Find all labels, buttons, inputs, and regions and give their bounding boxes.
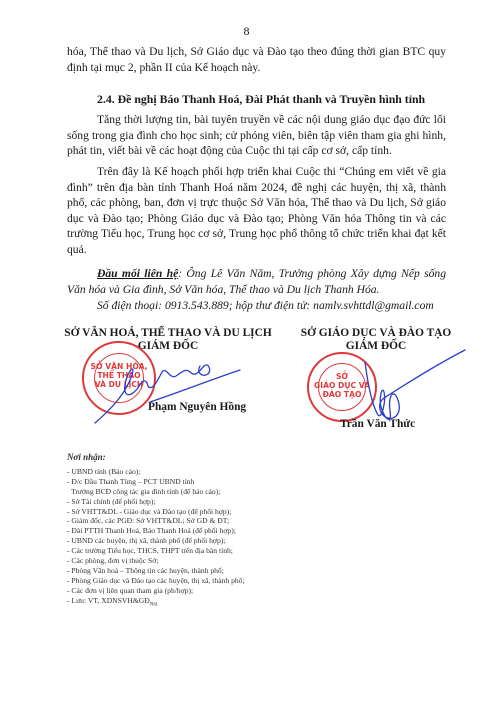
paragraph-media: Tăng thời lượng tin, bài tuyên truyền về… <box>67 112 446 159</box>
official-stamp-left: SỞ VĂN HÓA, THỂ THAO VÀ DU LỊCH <box>82 341 156 415</box>
continuation-paragraph: hóa, Thể thao và Du lịch, Sở Giáo dục và… <box>67 44 446 75</box>
stamp-text: ĐÀO TẠO <box>309 390 375 399</box>
recipient-item: - Các đơn vị liên quan tham gia (ph/hợp)… <box>67 586 245 596</box>
recipient-item: - Phòng Giáo dục và Đào tạo các huyện, t… <box>67 576 245 586</box>
recipients-list: Nơi nhận: - UBND tỉnh (Báo cáo); - Đ/c Đ… <box>67 453 245 610</box>
stamp-text: GIÁO DỤC VÀ <box>309 381 375 390</box>
recipient-item: - Phòng Văn hoá – Thông tin các huyện, t… <box>67 566 245 576</box>
paragraph-closing: Trên đây là Kế hoạch phối hợp triển khai… <box>67 164 446 257</box>
contact-paragraph: Đầu mối liên hệ: Ông Lê Văn Năm, Trưởng … <box>67 266 446 297</box>
recipient-item: - Các phòng, đơn vị thuộc Sở; <box>67 556 245 566</box>
stamp-text: THỂ THAO <box>84 371 154 380</box>
org-name-right: SỞ GIÁO DỤC VÀ ĐÀO TẠO <box>296 327 456 340</box>
recipient-item: - Đài PTTH Thanh Hoá, Báo Thanh Hoá (để … <box>67 526 245 536</box>
stamp-text: SỞ <box>309 372 375 381</box>
page-number: 8 <box>0 24 493 39</box>
signer-name-right: Trần Văn Thức <box>340 418 415 430</box>
recipient-item: - UBND tỉnh (Báo cáo); <box>67 467 245 477</box>
org-name-left: SỞ VĂN HOÁ, THỂ THAO VÀ DU LỊCH <box>63 327 273 340</box>
recipients-title: Nơi nhận: <box>67 453 245 463</box>
recipient-item: - Đ/c Đầu Thanh Tùng – PCT UBND tỉnh <box>67 477 245 487</box>
position-title-right: GIÁM ĐỐC <box>296 340 456 353</box>
contact-label: Đầu mối liên hệ <box>97 267 178 280</box>
recipient-item: Trưởng BCĐ công tác gia đình tỉnh (để bá… <box>67 487 245 497</box>
archive-label: - Lưu: VT, XDNSVH&GĐ <box>67 596 150 605</box>
official-stamp-right: SỞ GIÁO DỤC VÀ ĐÀO TẠO <box>307 352 377 422</box>
archive-initials: Nhl. <box>150 602 159 607</box>
signer-name-left: Phạm Nguyên Hồng <box>148 401 246 413</box>
recipient-item: - Sở Tài chính (để phối hợp); <box>67 497 245 507</box>
recipient-item: - Sở VHTT&DL - Giáo dục và Đào tạo (để p… <box>67 507 245 517</box>
recipient-item: - Giám đốc, các PGĐ: Sở VHTT&DL; Sở GD &… <box>67 516 245 526</box>
phone-email-line: Số điện thoại: 0913.543.889; hộp thư điệ… <box>97 299 434 312</box>
stamp-text: SỞ VĂN HÓA, <box>84 362 154 371</box>
recipient-item: - Các trường Tiểu học, THCS, THPT trên đ… <box>67 546 245 556</box>
section-heading: 2.4. Đề nghị Báo Thanh Hoá, Đài Phát tha… <box>97 92 425 107</box>
recipient-item-archive: - Lưu: VT, XDNSVH&GĐNhl. <box>67 596 245 610</box>
stamp-text: VÀ DU LỊCH <box>84 380 154 389</box>
recipient-item: - UBND các huyện, thị xã, thành phố (để … <box>67 536 245 546</box>
signature-block-right: SỞ GIÁO DỤC VÀ ĐÀO TẠO GIÁM ĐỐC <box>296 327 456 353</box>
